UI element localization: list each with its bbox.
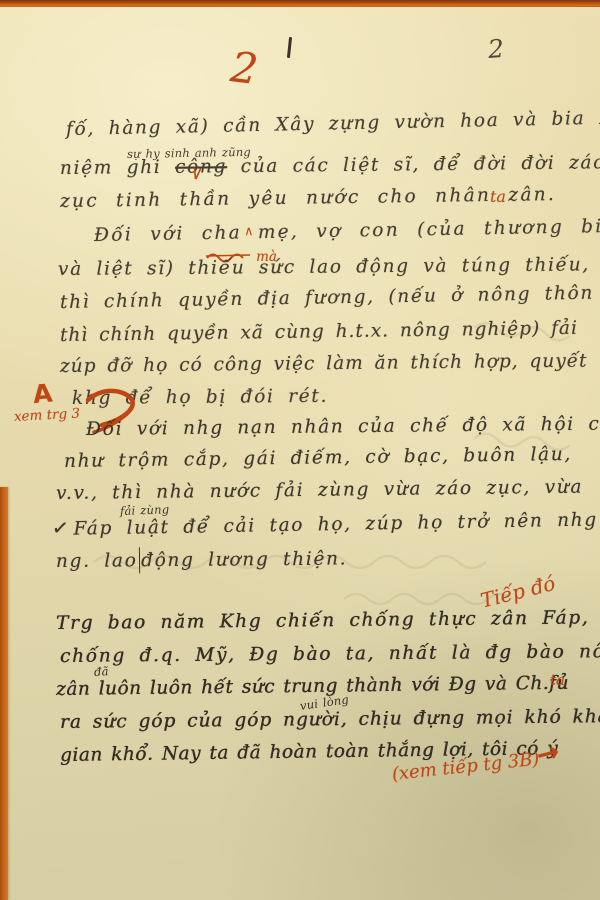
manuscript-line: chống đ.q. Mỹ, Đg bào ta, nhất là đg bào… xyxy=(60,641,600,667)
line-segment: ng. lao xyxy=(56,550,138,572)
red-page-number: 2 xyxy=(228,42,261,94)
manuscript-photo: 2 2 fố, hàng xã) cần Xây zựng vườn hoa v… xyxy=(0,0,600,900)
manuscript-line: Trg bao năm Khg chiến chống thực zân Fáp… xyxy=(56,607,600,634)
red-insert-ta: ta xyxy=(490,187,506,206)
line-segment: Fáp xyxy=(73,518,113,540)
red-insert-ta: ta xyxy=(550,671,565,689)
manuscript-line: và liệt sĩ) thiếu sức lao động và túng t… xyxy=(58,254,590,280)
manuscript-line: ra sức góp của góp người, chịu đựng mọi … xyxy=(60,706,600,733)
mat-border-top xyxy=(0,0,600,7)
line-segment: động lương thiện. xyxy=(141,548,347,571)
line-segment: của các liệt sĩ, để đời đời záo xyxy=(227,152,600,177)
margin-label-A: A xyxy=(32,378,54,409)
ink-tick-mark xyxy=(287,37,292,58)
manuscript-line: fố, hàng xã) cần Xây zựng vườn hoa và bi… xyxy=(66,107,600,140)
line-segment: chịu đựng mọi khó khăn xyxy=(358,706,600,730)
line-segment: niệm ghi xyxy=(60,157,175,179)
manuscript-line: niệm ghi công của các liệt sĩ, để đời đờ… xyxy=(60,152,600,179)
margin-note: xem trg 3 xyxy=(14,406,81,425)
manuscript-line: Đối với cha∧mẹ, vợ con (của thương binh xyxy=(94,216,600,246)
check-mark-icon: ✓ xyxy=(51,515,72,541)
red-caret-icon: ∨ xyxy=(189,160,204,184)
red-caret-icon: ∧ xyxy=(244,224,256,239)
pencil-page-number: 2 xyxy=(487,34,505,64)
manuscript-line: thì chính quyền địa fương, (nếu ở nông t… xyxy=(60,283,594,313)
line-segment: zân xyxy=(56,678,99,700)
line-segment: ra sức góp của góp người, xyxy=(60,709,359,733)
line-segment: luật để cải tạo họ, zúp họ trở nên nhg xyxy=(113,509,598,538)
manuscript-line: v.v., thì nhà nước fải zùng vừa záo zục,… xyxy=(56,477,583,504)
manuscript-line: zục tinh thần yêu nước cho nhân zân. xyxy=(60,184,556,212)
line-segment: Đối với cha xyxy=(94,222,242,246)
manuscript-line: như trộm cắp, gái điếm, cờ bạc, buôn lậu… xyxy=(64,444,572,472)
interline-insertion: đã xyxy=(94,664,110,679)
mat-border-left xyxy=(0,487,8,900)
line-segment: mẹ, vợ con (của thương binh xyxy=(258,216,600,244)
manuscript-line: zúp đỡ họ có công việc làm ăn thích hợp,… xyxy=(60,350,588,377)
manuscript-line: ng. laođộng lương thiện. xyxy=(56,545,347,572)
manuscript-line: zân luôn luôn hết sức trung thành với Đg… xyxy=(56,673,569,700)
